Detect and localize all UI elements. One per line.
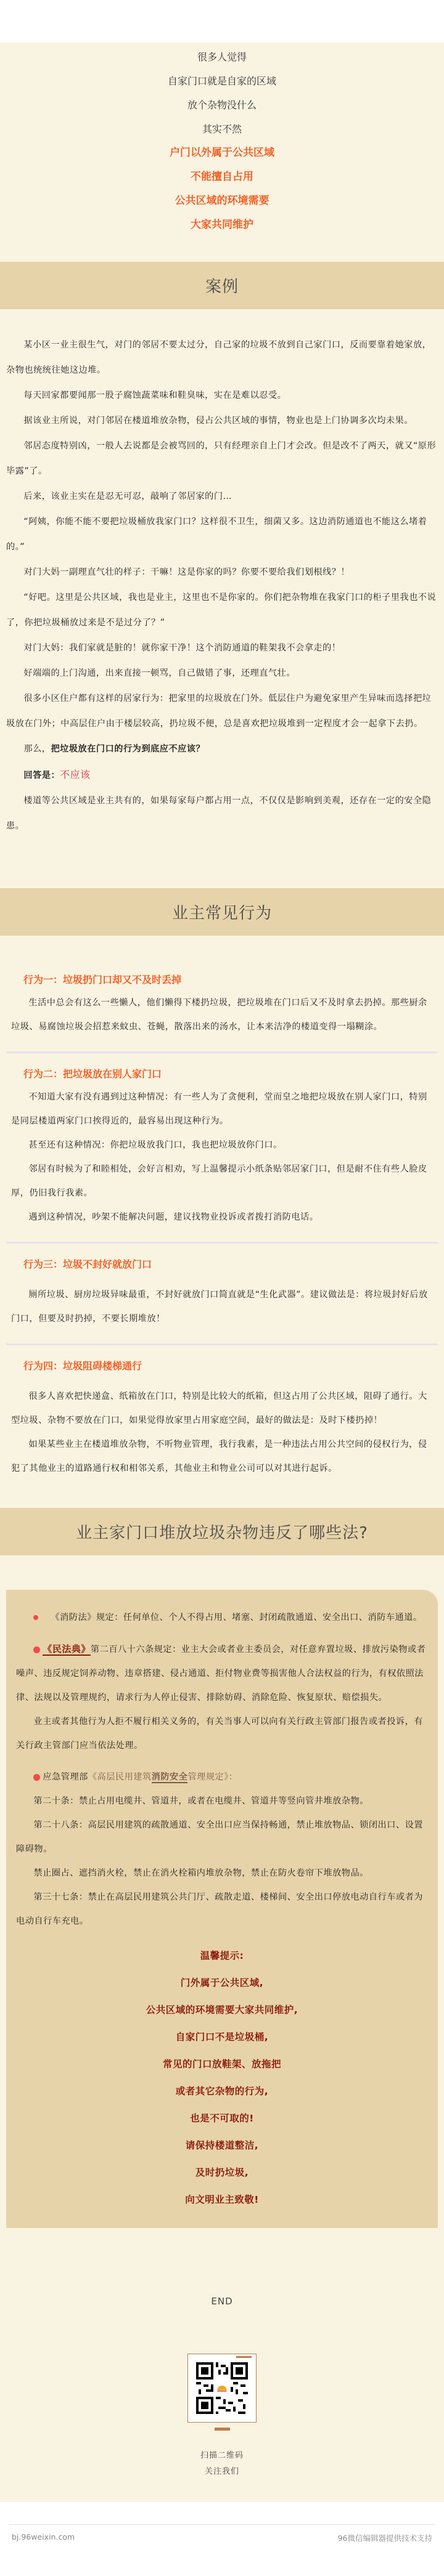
warm-tips: 温馨提示: 门外属于公共区域, 公共区域的环境需要大家共同维护, 自家门口不是垃… xyxy=(16,1934,428,2213)
behavior-paragraph: 如果某些业主在楼道堆放杂物，不听物业管理，我行我素，是一种违法占用公共空间的侵权… xyxy=(6,1433,438,1481)
spacer xyxy=(16,1630,428,1637)
spacer xyxy=(0,1491,444,1508)
question-bold: 把垃圾放在门口的行为到底应不应该？ xyxy=(51,744,205,754)
qr-block: 扫描二维码 关注我们 xyxy=(0,2307,444,2480)
case-paragraph: 后来，该业主实在是忍无可忍，敲响了邻居家的门… xyxy=(6,484,438,509)
intro-line: 放个杂物没什么 xyxy=(0,93,444,117)
regulation-prefix: 应急管理部 xyxy=(43,1772,88,1782)
divider xyxy=(6,1343,438,1345)
behavior-paragraph: 生活中总会有这么一些懒人，他们懒得下楼扔垃圾，把垃圾堆在门口后又不及时拿去扔掉。… xyxy=(6,991,438,1039)
end-label: END xyxy=(0,2228,444,2307)
civil-code-link[interactable]: 《民法典》 xyxy=(43,1643,91,1656)
case-paragraph: 每天回家都要闻那一股子腐蚀蔬菜味和鞋臭味，实在是难以忍受。 xyxy=(6,383,438,408)
regulation-heading: 应急管理部《高层民用建筑消防安全管理规定》： xyxy=(16,1765,428,1789)
law-section: 《消防法》规定：任何单位、个人不得占用、堵塞、封闭疏散通道、安全出口、消防车通道… xyxy=(0,1555,444,2228)
spacer xyxy=(16,1758,428,1765)
question-prefix: 那么， xyxy=(23,744,51,754)
divider xyxy=(6,1242,438,1244)
case-paragraph: 据该业主所说，对门邻居在楼道堆放杂物，侵占公共区域的事情，物业也是上门协调多次均… xyxy=(6,408,438,434)
behaviors-section-title: 业主常见行为 xyxy=(0,888,444,936)
intro-highlight: 公共区域的环境需要 xyxy=(0,189,444,213)
intro-line: 其实不然 xyxy=(0,117,444,141)
fire-law-paragraph: 《消防法》规定：任何单位、个人不得占用、堵塞、封闭疏散通道、安全出口、消防车通道… xyxy=(16,1606,428,1630)
tips-line: 公共区域的环境需要大家共同维护, xyxy=(16,1996,428,2023)
intro-highlight: 不能擅自占用 xyxy=(0,165,444,189)
tips-line: 常见的门口放鞋架、放拖把 xyxy=(16,2051,428,2078)
tips-line: 也是不可取的! xyxy=(16,2105,428,2132)
regulation-article: 第三十七条：禁止在高层民用建筑公共门厅、疏散走道、楼梯间、安全出口停放电动自行车… xyxy=(16,1885,428,1934)
behavior-title: 行为四：垃圾阻碍楼梯通行 xyxy=(6,1355,438,1377)
footer-credit[interactable]: 96微信编辑器提供技术支持 xyxy=(338,2532,432,2543)
behaviors-section: 行为一：垃圾扔门口却又不及时丢掉 生活中总会有这么一些懒人，他们懒得下楼扔垃圾，… xyxy=(0,936,444,1491)
case-paragraph: 某小区一业主很生气，对门的邻居不要太过分，自己家的垃圾不放到自己家门口，反而要靠… xyxy=(6,333,438,383)
fire-law-text: 《消防法》规定：任何单位、个人不得占用、堵塞、封闭疏散通道、安全出口、消防车通道… xyxy=(51,1613,422,1622)
regulation-article: 禁止圈占、遮挡消火栓，禁止在消火栓箱内堆放杂物，禁止在防火卷帘下堆放物品。 xyxy=(16,1861,428,1885)
law-box: 《消防法》规定：任何单位、个人不得占用、堵塞、封闭疏散通道、安全出口、消防车通道… xyxy=(6,1590,438,2228)
footer-row: bj.96weixin.com 96微信编辑器提供技术支持 xyxy=(9,2525,435,2543)
regulation-close: 管理规定》： xyxy=(187,1772,237,1782)
intro-line: 很多人觉得 xyxy=(0,45,444,69)
qr-code-icon[interactable] xyxy=(196,2362,248,2414)
behavior-paragraph: 邻居有时候为了和睦相处，会好言相劝，写上温馨提示小纸条贴邻居家门口，但是耐不住有… xyxy=(6,1157,438,1205)
qr-frame xyxy=(187,2354,257,2423)
behavior-paragraph: 厕所垃圾、厨房垃圾异味最重，不封好就放门口简直就是“生化武器”。建议做法是：将垃… xyxy=(6,1283,438,1331)
civil-code-paragraph: 《民法典》第二百八十六条规定：业主大会或者业主委员会，对任意弃置垃圾、排放污染物… xyxy=(16,1637,428,1710)
footer: bj.96weixin.com 96微信编辑器提供技术支持 xyxy=(0,2502,444,2576)
intro-highlight: 户门以外属于公共区域 xyxy=(0,141,444,165)
red-dot-icon xyxy=(33,1774,40,1781)
case-section-title: 案例 xyxy=(0,262,444,309)
civil-code-follow: 业主或者其他行为人拒不履行相关义务的，有关当事人可以向有关行政主管部门报告或者投… xyxy=(16,1710,428,1758)
answer-value: 不应该 xyxy=(60,769,91,780)
spacer xyxy=(0,237,444,262)
answer-label: 回答是： xyxy=(23,771,60,780)
behavior-title: 行为三：垃圾不封好就放门口 xyxy=(6,1254,438,1276)
top-blank xyxy=(0,0,444,43)
regulation-article: 第二十条：禁止占用电缆井、管道井，或者在电缆井、管道井等竖向管井堆放杂物。 xyxy=(16,1789,428,1813)
footer-site-link[interactable]: bj.96weixin.com xyxy=(12,2532,75,2543)
red-dot-icon xyxy=(33,1615,38,1620)
case-paragraph: 邻居态度特别凶，一般人去说都是会被骂回的，只有经理亲自上门才会改。但是改不了两天… xyxy=(6,434,438,484)
behavior-paragraph: 很多人喜欢把快递盒、纸箱放在门口，特别是比较大的纸箱，但这占用了公共区域，阻碍了… xyxy=(6,1385,438,1433)
intro-highlight: 大家共同维护 xyxy=(0,213,444,237)
tips-line: 自家门口不是垃圾桶, xyxy=(16,2023,428,2051)
regulation-bold: 消防安全 xyxy=(152,1772,188,1783)
tips-line: 门外属于公共区域, xyxy=(16,1969,428,1996)
decor-bar xyxy=(215,2428,230,2431)
qr-caption: 扫描二维码 xyxy=(200,2448,244,2464)
law-section-title: 业主家门口堆放垃圾杂物违反了哪些法? xyxy=(0,1508,444,1555)
decor-bar xyxy=(236,2356,252,2358)
case-question: 那么，把垃圾放在门口的行为到底应不应该？ xyxy=(6,737,438,762)
intro-section: 很多人觉得 自家门口就是自家的区域 放个杂物没什么 其实不然 户门以外属于公共区… xyxy=(0,43,444,237)
behavior-paragraph: 不知道大家有没有遇到过这种情况：有一些人为了贪便利，堂而皇之地把垃圾放在别人家门… xyxy=(6,1085,438,1133)
qr-caption: 关注我们 xyxy=(205,2464,239,2480)
case-paragraph: “阿姨，你能不能不要把垃圾桶放我家门口？这样很不卫生，细菌又多。这边消防通道也不… xyxy=(6,509,438,560)
behavior-item: 行为一：垃圾扔门口却又不及时丢掉 生活中总会有这么一些懒人，他们懒得下楼扔垃圾，… xyxy=(6,969,438,1049)
tips-line: 或者其它杂物的行为, xyxy=(16,2078,428,2105)
divider xyxy=(6,1051,438,1053)
case-paragraph: 很多小区住户都有这样的居家行为：把家里的垃圾放在门外。低层住户为避免家里产生异味… xyxy=(6,686,438,737)
behavior-item: 行为三：垃圾不封好就放门口 厕所垃圾、厨房垃圾异味最重，不封好就放门口简直就是“… xyxy=(6,1254,438,1341)
behavior-title: 行为二：把垃圾放在别人家门口 xyxy=(6,1063,438,1085)
tips-title: 温馨提示: xyxy=(16,1942,428,1969)
regulation-article: 第二十八条：高层民用建筑的疏散通道、安全出口应当保持畅通，禁止堆放物品、锁闭出口… xyxy=(16,1813,428,1861)
case-paragraph: “好吧。这里是公共区域，我也是业主，这里也不是你家的。你们把杂物堆在我家门口的柜… xyxy=(6,585,438,636)
spacer xyxy=(0,845,444,888)
case-closing: 楼道等公共区域是业主共有的，如果每家每户都占用一点，不仅仅是影响到美观，还存在一… xyxy=(6,788,438,839)
case-answer: 回答是：不应该 xyxy=(6,762,438,788)
behavior-item: 行为二：把垃圾放在别人家门口 不知道大家有没有遇到过这种情况：有一些人为了贪便利… xyxy=(6,1063,438,1239)
regulation-link[interactable]: 《高层民用建筑消防安全管理规定》： xyxy=(88,1772,238,1783)
article-page: 很多人觉得 自家门口就是自家的区域 放个杂物没什么 其实不然 户门以外属于公共区… xyxy=(0,43,444,2502)
behavior-title: 行为一：垃圾扔门口却又不及时丢掉 xyxy=(6,969,438,991)
behavior-paragraph: 甚至还有这种情况：你把垃圾放我门口，我也把垃圾放你门口。 xyxy=(6,1133,438,1157)
case-paragraph: 对门大妈一副理直气壮的样子：干嘛！这是你家的吗？你要不要给我们划根线？！ xyxy=(6,560,438,585)
behavior-paragraph: 遇到这种情况，吵架不能解决问题，建议找物业投诉或者拨打消防电话。 xyxy=(6,1205,438,1229)
behavior-item: 行为四：垃圾阻碍楼梯通行 很多人喜欢把快递盒、纸箱放在门口，特别是比较大的纸箱，… xyxy=(6,1355,438,1491)
regulation-open: 《高层民用建筑 xyxy=(88,1772,152,1782)
tips-line: 及时扔垃圾, xyxy=(16,2159,428,2186)
spacer xyxy=(0,2480,444,2502)
intro-line: 自家门口就是自家的区域 xyxy=(0,69,444,93)
case-section: 某小区一业主很生气，对门的邻居不要太过分，自己家的垃圾不放到自己家门口，反而要靠… xyxy=(0,309,444,845)
tips-line: 请保持楼道整洁, xyxy=(16,2132,428,2159)
case-paragraph: 对门大妈：我们家就是脏的！就你家干净！这个消防通道的鞋架我不会拿走的！ xyxy=(6,636,438,661)
tips-line: 向文明业主致敬! xyxy=(16,2186,428,2213)
red-dot-icon xyxy=(33,1646,40,1653)
case-paragraph: 好端端的上门沟通，出来直接一顿骂，自己做错了事，还理直气壮。 xyxy=(6,661,438,686)
